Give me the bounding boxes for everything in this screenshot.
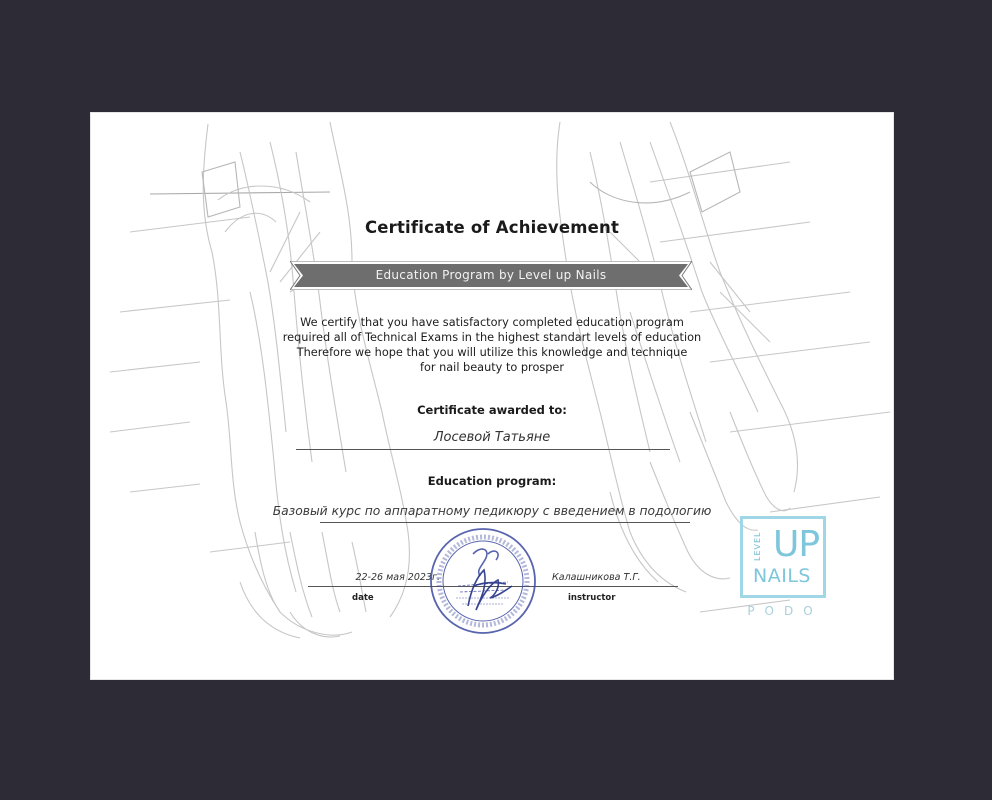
certificate-title: Certificate of Achievement <box>90 218 894 237</box>
date-value: 22-26 мая 2023г. <box>310 572 440 583</box>
certificate-content: Certificate of Achievement Education Pro… <box>90 112 894 680</box>
certificate-paper: Certificate of Achievement Education Pro… <box>90 112 894 680</box>
statement-line: We certify that you have satisfactory co… <box>90 315 894 330</box>
brand-logo: LEVEL UP NAILS PODO <box>736 512 836 632</box>
awarded-to-label: Certificate awarded to: <box>90 403 894 417</box>
certificate-statement: We certify that you have satisfactory co… <box>90 315 894 375</box>
statement-line: Therefore we hope that you will utilize … <box>90 345 894 360</box>
logo-frame: LEVEL UP NAILS <box>740 516 826 598</box>
instructor-label: instructor <box>568 593 615 603</box>
program-underline <box>320 522 690 523</box>
logo-level-text: LEVEL <box>753 532 762 562</box>
date-label: date <box>352 593 374 603</box>
logo-nails-text: NAILS <box>753 565 811 587</box>
instructor-value: Калашникова Т.Г. <box>552 572 712 583</box>
recipient-name: Лосевой Татьяне <box>90 430 894 445</box>
official-seal-icon <box>428 526 538 636</box>
statement-line: required all of Technical Exams in the h… <box>90 330 894 345</box>
program-banner: Education Program by Level up Nails <box>290 261 692 290</box>
logo-up-text: UP <box>773 525 819 565</box>
statement-line: for nail beauty to prosper <box>90 360 894 375</box>
recipient-underline <box>296 449 670 450</box>
banner-text: Education Program by Level up Nails <box>290 261 692 290</box>
education-program-label: Education program: <box>90 474 894 488</box>
logo-podo-text: PODO <box>740 604 830 618</box>
